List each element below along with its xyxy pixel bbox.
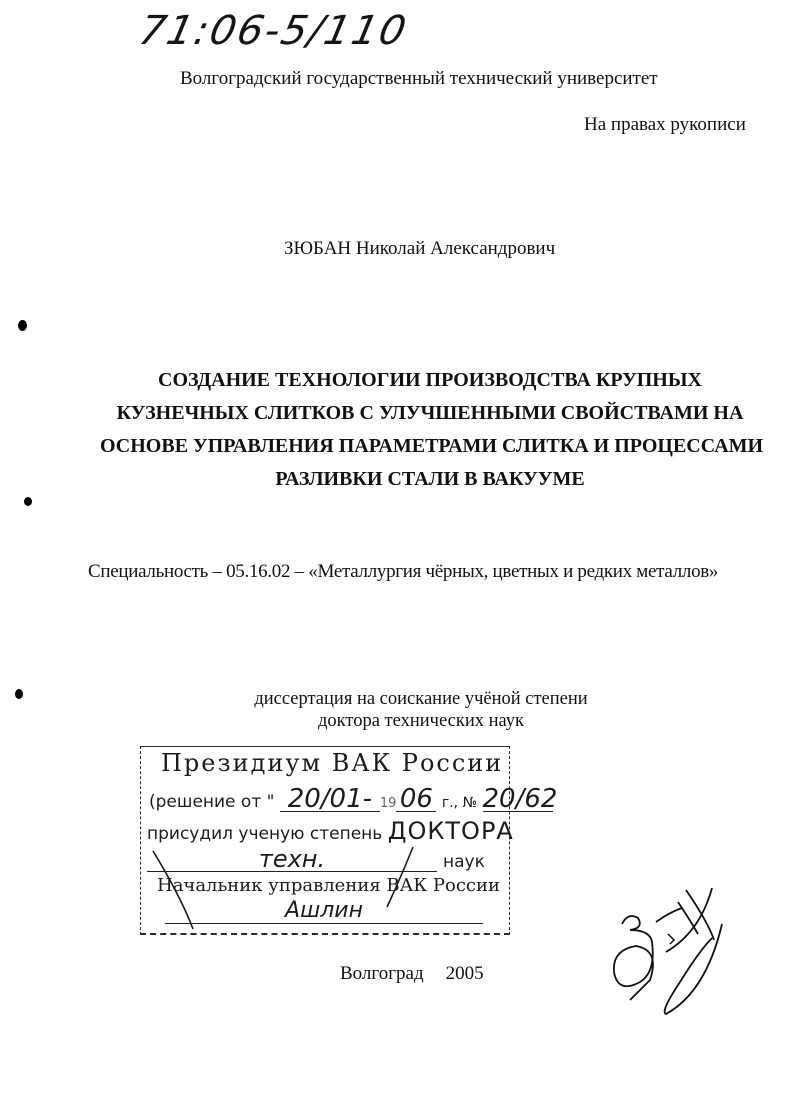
archive-code-handwritten: 71:06-5/110	[135, 8, 412, 54]
city: Волгоград	[340, 963, 424, 984]
binding-mark-icon	[18, 320, 27, 331]
vak-stamp: Президиум ВАК России (решение от " 20/01…	[140, 746, 510, 935]
specialty-line: Специальность – 05.16.02 – «Металлургия …	[88, 561, 718, 583]
degree-statement: диссертация на соискание учёной степени …	[236, 688, 606, 732]
binding-mark-icon	[15, 689, 23, 699]
stamp-decision-line: (решение от " 20/01-1906 г., № 20/62	[149, 787, 553, 812]
stamp-title: Президиум ВАК России	[161, 749, 503, 777]
title-line: КУЗНЕЧНЫХ СЛИТКОВ С УЛУЧШЕННЫМИ СВОЙСТВА…	[100, 397, 760, 430]
title-line: РАЗЛИВКИ СТАЛИ В ВАКУУМЕ	[100, 463, 760, 496]
decision-date: 20/01-	[280, 787, 380, 812]
stamp-signature: Ашлин	[165, 899, 483, 924]
decision-number: 20/62	[483, 787, 553, 812]
decision-mid: г., №	[442, 795, 477, 811]
stamp-head-label: Начальник управления ВАК России	[157, 875, 500, 896]
manuscript-note: На правах рукописи	[584, 114, 746, 136]
title-line: СОЗДАНИЕ ТЕХНОЛОГИИ ПРОИЗВОДСТВА КРУПНЫХ	[100, 364, 760, 397]
degree-line-2: доктора технических наук	[236, 710, 606, 732]
decision-year: 06	[396, 787, 436, 812]
degree-line-1: диссертация на соискание учёной степени	[236, 688, 606, 710]
decision-year-prefix: 19	[380, 796, 397, 811]
title-line: ОСНОВЕ УПРАВЛЕНИЯ ПАРАМЕТРАМИ СЛИТКА И П…	[100, 430, 760, 463]
field-value: техн.	[147, 847, 437, 872]
city-and-year: Волгоград2005	[340, 963, 484, 985]
author-name: ЗЮБАН Николай Александрович	[284, 238, 555, 260]
stamp-awarded-line: присудил ученую степень ДОКТОРА	[147, 817, 514, 845]
dissertation-title: СОЗДАНИЕ ТЕХНОЛОГИИ ПРОИЗВОДСТВА КРУПНЫХ…	[100, 364, 760, 496]
decision-prefix: (решение от "	[149, 792, 274, 812]
stamp-field-line: техн.наук	[147, 847, 503, 872]
year: 2005	[446, 963, 484, 984]
binding-mark-icon	[24, 497, 32, 506]
awarded-label: присудил ученую степень	[147, 824, 382, 844]
author-signature-icon	[590, 872, 760, 1032]
university-name: Волгоградский государственный технически…	[180, 68, 658, 90]
awarded-degree: ДОКТОРА	[388, 817, 514, 845]
field-suffix: наук	[443, 852, 485, 872]
